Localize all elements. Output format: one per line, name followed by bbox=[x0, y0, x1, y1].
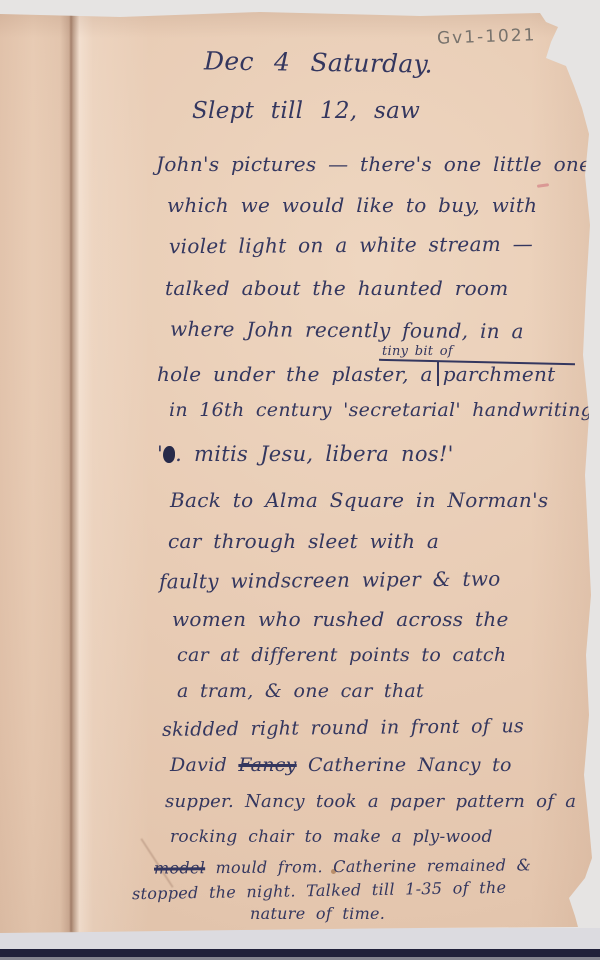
diary-line: car through sleet with a bbox=[168, 529, 439, 553]
diary-line-latin-quote: 'O. mitis Jesu, libera nos!' bbox=[157, 442, 454, 466]
diary-line-mould: model mould from. Catherine remained & bbox=[154, 855, 531, 877]
diary-line: skidded right round in front of us bbox=[162, 715, 524, 741]
diary-line: rocking chair to make a ply-wood bbox=[170, 827, 493, 847]
mould-post: mould from. Catherine remained & bbox=[205, 855, 531, 877]
diary-line: supper. Nancy took a paper pattern of a bbox=[165, 791, 576, 812]
diary-line-names: David Fancy Catherine Nancy to bbox=[170, 754, 512, 776]
names-pre: David bbox=[170, 754, 238, 776]
diary-line: a tram, & one car that bbox=[177, 680, 424, 702]
diary-line: in 16th century 'secretarial' handwritin… bbox=[169, 399, 593, 421]
diary-date-heading: Dec 4 Saturday. bbox=[204, 46, 433, 78]
diary-line: talked about the haunted room bbox=[165, 276, 509, 300]
diary-line: hole under the plaster, aparchment bbox=[157, 362, 556, 386]
diary-line: which we would like to buy, with bbox=[167, 193, 537, 217]
names-post: Catherine Nancy to bbox=[297, 754, 512, 776]
diary-line: violet light on a white stream — bbox=[169, 232, 533, 259]
diary-line: stopped the night. Talked till 1-35 of t… bbox=[132, 878, 507, 904]
struck-out-word: model bbox=[154, 858, 205, 877]
diary-line: John's pictures — there's one little one bbox=[156, 152, 591, 176]
catalog-mark: Gv1-1021 bbox=[437, 25, 537, 48]
diary-line: where John recently found, in a bbox=[170, 317, 524, 343]
diary-line: nature of time. bbox=[250, 904, 385, 923]
diary-line: car at different points to catch bbox=[177, 644, 506, 666]
scanner-edge-line bbox=[0, 949, 600, 957]
diary-line: Slept till 12, saw bbox=[192, 98, 420, 124]
ink-blot: O bbox=[163, 446, 175, 463]
quote-rest: . mitis Jesu, libera nos!' bbox=[175, 442, 454, 466]
diary-line: Back to Alma Square in Norman's bbox=[170, 488, 548, 512]
scanned-diary-page: Gv1-1021 Dec 4 Saturday. Slept till 12, … bbox=[0, 0, 600, 960]
paper-fold-shading bbox=[0, 0, 150, 945]
diary-line: women who rushed across the bbox=[172, 607, 509, 631]
paper-fold-crease bbox=[70, 14, 72, 932]
inserted-correction: tiny bit of bbox=[382, 344, 453, 359]
diary-line: faulty windscreen wiper & two bbox=[159, 567, 501, 594]
diary-line-text: hole under the plaster, a bbox=[157, 362, 433, 386]
struck-out-word: Fancy bbox=[238, 754, 296, 776]
bracketed-word: parchment bbox=[437, 362, 556, 386]
manuscript-paper: Gv1-1021 Dec 4 Saturday. Slept till 12, … bbox=[0, 0, 600, 945]
